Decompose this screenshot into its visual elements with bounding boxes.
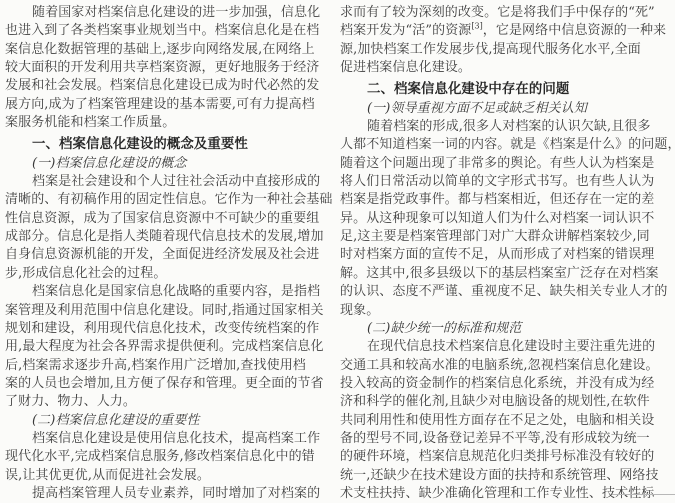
text-line: 成部分。信息化是指人类随着现代信息技术的发展,增加 — [5, 228, 308, 246]
text-line: 发展和社会发展。档案信息化建设已成为时代必然的发 — [5, 77, 308, 95]
text-line: 促进档案信息化建设。 — [340, 59, 643, 77]
subsection-heading: (二)档案信息化建设的重要性 — [5, 412, 308, 430]
text-line: 随着国家对档案信息化建设的进一步加强，信息化 — [5, 4, 308, 22]
text-line: 案服务机能和档案工作质量。 — [5, 114, 308, 132]
text-line: 案信息化数据管理的基础上,逐步向网络发展,在网络上 — [5, 41, 308, 59]
text-line: 将人们日常活动以简单的文字形式书写。也有些人认为 — [340, 173, 643, 191]
text-line: 解。这其中,很多县级以下的基层档案室广泛存在对档案 — [340, 265, 643, 283]
text-line: 现象。 — [340, 302, 643, 320]
section-heading: 一、档案信息化建设的概念及重要性 — [5, 136, 308, 154]
section-heading: 二、档案信息化建设中存在的问题 — [340, 81, 643, 99]
footnote-rule — [612, 494, 675, 495]
text-line: 投入较高的资金制作的档案信息化系统，并没有成为经 — [340, 375, 643, 393]
text-line: 异。从这种现象可以知道人们为什么对档案一词认识不 — [340, 210, 643, 228]
text-line: 共同利用性和使用性方面存在不足之处，电脑和相关设 — [340, 412, 643, 430]
text-line: 档案信息化是国家信息化战略的重要内容，是指档 — [5, 283, 308, 301]
text-line: 展方向,成为了档案管理建设的基本需要,可有力提高档 — [5, 96, 308, 114]
text-line: 济和科学的催化剂,且缺少对电脑设备的规划性,在软件 — [340, 393, 643, 411]
column-right: 求而有了较为深刻的改变。它是将我们手中保存的“死”档案开发为“活”的资源[3]，… — [340, 4, 643, 503]
text-line: 档案开发为“活”的资源[3]，它是网络中信息资源的一种来 — [340, 22, 643, 40]
text-line: 档案是指党政事件。都与档案相近，但还存在一定的差 — [340, 191, 643, 209]
text-line: 误,让其优更优,从而促进社会发展。 — [5, 467, 308, 485]
text-line: 步,形成信息化社会的过程。 — [5, 265, 308, 283]
text-line: 档案是社会建设和个人过往社会活动中直接形成的 — [5, 173, 308, 191]
text-line: 备的型号不同,设备登记差异不平等,没有形成较为统一 — [340, 430, 643, 448]
text-line: 用,最大程度为社会各界需求提供便利。完成档案信息化 — [5, 338, 308, 356]
text-line: 案管理及利用范围中信息化建设。同时,指通过国家相关 — [5, 302, 308, 320]
text-line: 性信息资源，成为了国家信息资源中不可缺少的重要组 — [5, 210, 308, 228]
text-line: 自身信息资源机能的开发，全面促进经济发展及社会进 — [5, 246, 308, 264]
text-line: 了财力、物力、人力。 — [5, 393, 308, 411]
text-line: 档案信息化建设是使用信息化技术，提高档案工作 — [5, 430, 308, 448]
text-line: 统一,还缺少在技术建设方面的扶持和系统管理、网络技 — [340, 467, 643, 485]
text-line: 在现代信息技术档案信息化建设时主要注重先进的 — [340, 338, 643, 356]
column-left: 随着国家对档案信息化建设的进一步加强，信息化也进入到了各类档案事业规划当中。档案… — [5, 4, 308, 503]
subsection-heading: (二)缺少统一的标准和规范 — [340, 320, 643, 338]
text-line: 规划和建设，利用现代信息化技术，改变传统档案的作 — [5, 320, 308, 338]
text-line: 的认识、态度不严谨、重视度不足、缺失相关专业人才的 — [340, 283, 643, 301]
text-line: 清晰的、有初稿作用的固定性信息。它作为一种社会基础 — [5, 191, 308, 209]
citation-ref: [3] — [471, 22, 482, 31]
text-line: 源,加快档案工作发展步伐,提高现代服务化水平,全面 — [340, 41, 643, 59]
text-line: 随着档案的形成,很多人对档案的认识欠缺,且很多 — [340, 118, 643, 136]
text-line: 的硬件环境，档案信息规范化归类排号标准没有较好的 — [340, 448, 643, 466]
text-line: 也进入到了各类档案事业规划当中。档案信息化是在档 — [5, 22, 308, 40]
text-line: 求而有了较为深刻的改变。它是将我们手中保存的“死” — [340, 4, 643, 22]
text-line: 足,这主要是档案管理部门对广大群众讲解档案较少,同 — [340, 228, 643, 246]
text-line: 较大面积的开发利用共享档案资源，更好地服务于经济 — [5, 59, 308, 77]
text-line: 案的人员也会增加,且方便了保存和管理。更全面的节省 — [5, 375, 308, 393]
text-line: 术支柱扶持、缺少准确化管理和工作专业性、技术性标 — [340, 485, 643, 503]
text-line: 后,档案需求逐步升高,档案作用广泛增加,查找使用档 — [5, 357, 308, 375]
text-line: 提高档案管理人员专业素养，同时增加了对档案的 — [5, 485, 308, 503]
subsection-heading: (一)领导重视方面不足或缺乏相关认知 — [340, 100, 643, 118]
text-line: 交通工具和较高水准的电脑系统,忽视档案信息化建设。 — [340, 357, 643, 375]
text-line: 随着这个问题出现了非常多的舆论。有些人认为档案是 — [340, 155, 643, 173]
article-page: 随着国家对档案信息化建设的进一步加强，信息化也进入到了各类档案事业规划当中。档案… — [0, 0, 675, 503]
text-line: 人都不知道档案一词的内容。就是《档案是什么》的问题， — [340, 136, 643, 154]
text-line: 时对档案方面的宣传不足，从而形成了对档案的错误理 — [340, 246, 643, 264]
subsection-heading: (一)档案信息化建设的概念 — [5, 155, 308, 173]
text-line: 现代化水平,完成档案信息服务,修改档案信息化中的错 — [5, 448, 308, 466]
